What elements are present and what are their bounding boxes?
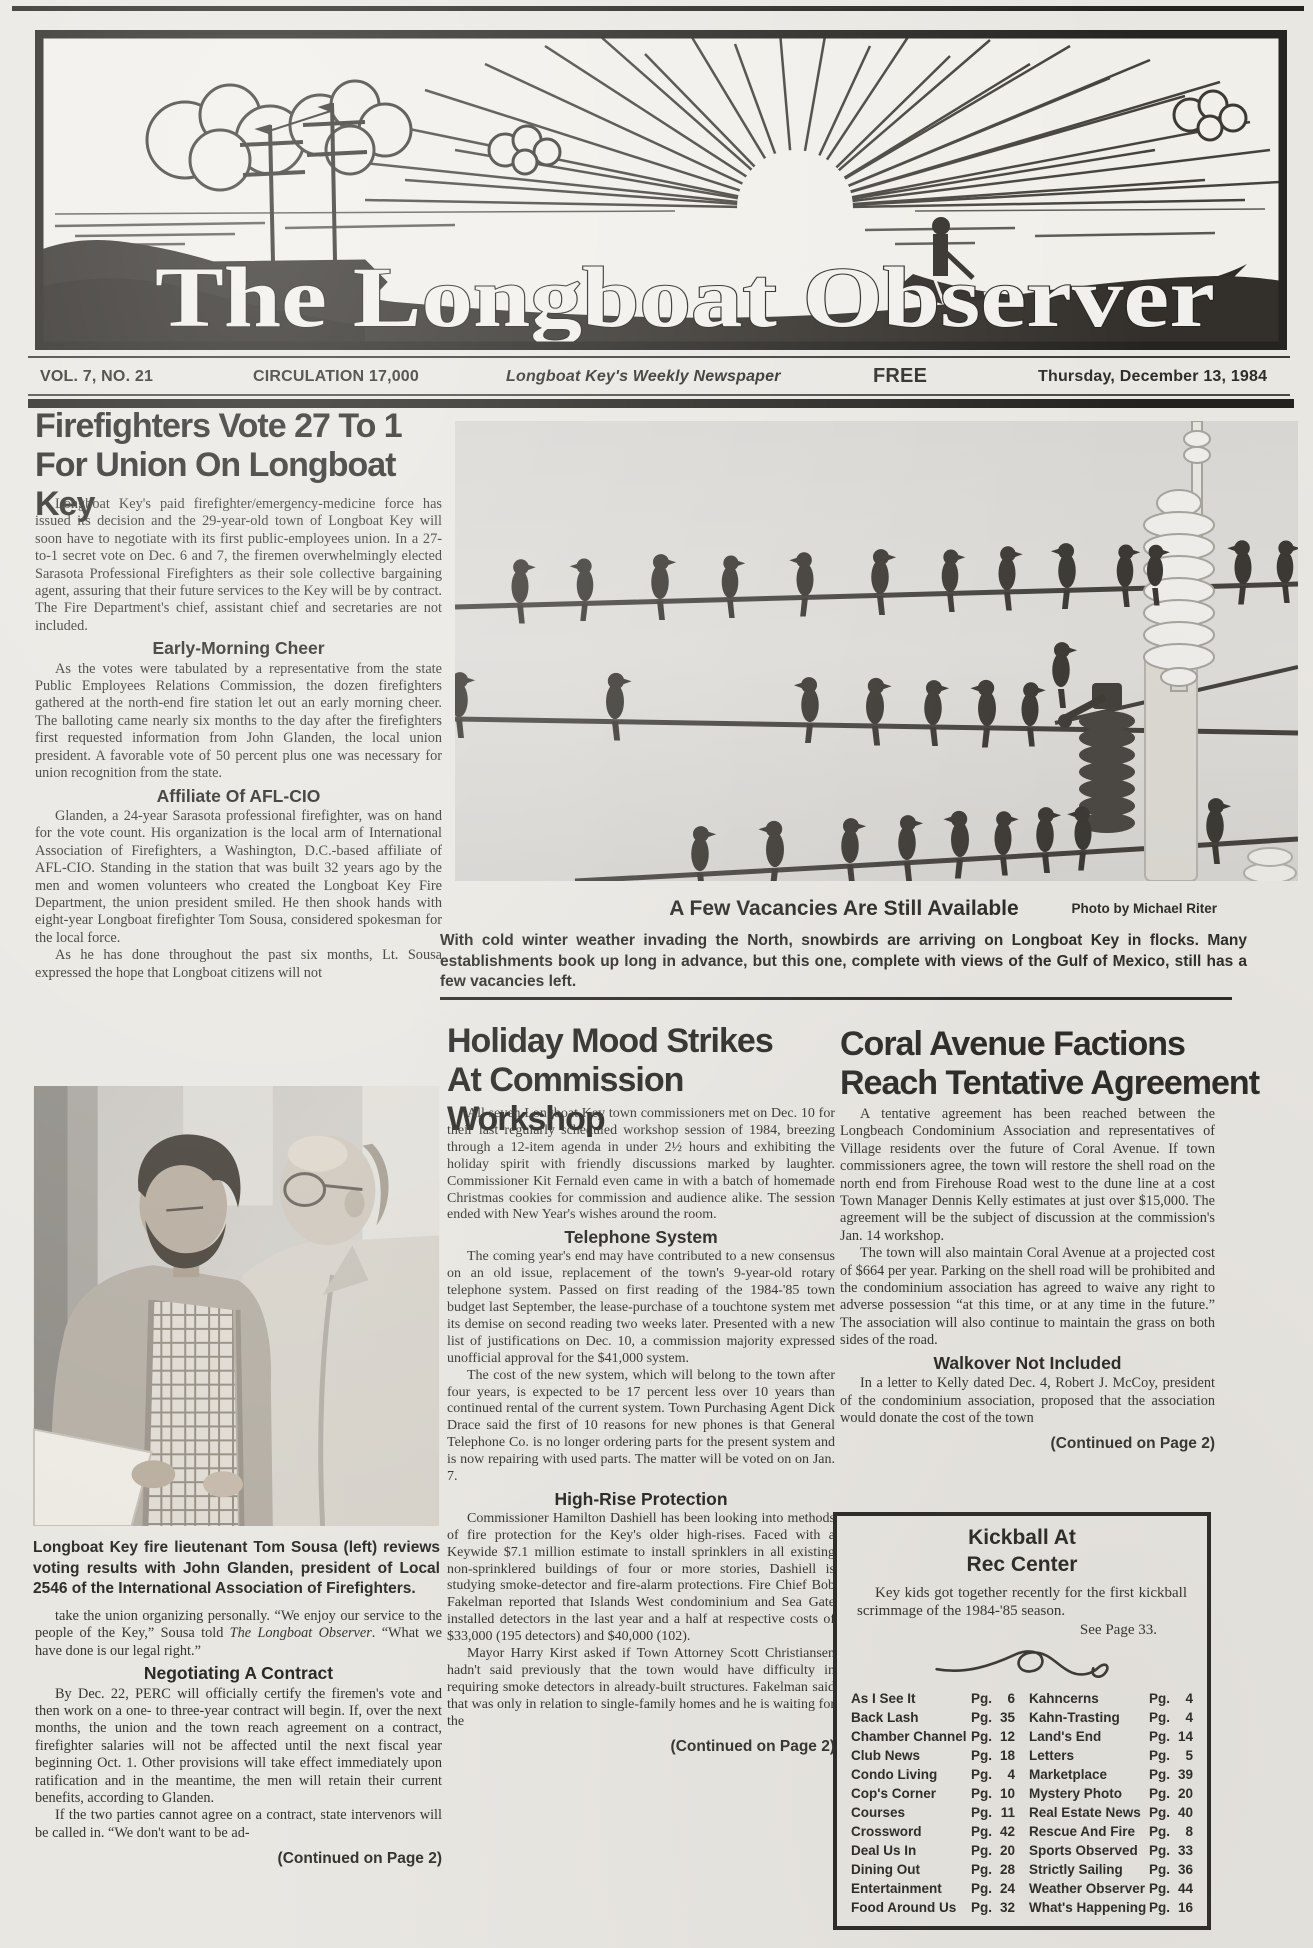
- index-label: Sports Observed: [1029, 1841, 1149, 1860]
- contents-index: As I See ItPg.6 Back LashPg.35 Chamber C…: [851, 1689, 1193, 1917]
- masthead-illustration: The Longboat Observer: [35, 30, 1287, 350]
- subhead-walkover-not-included: Walkover Not Included: [840, 1355, 1215, 1372]
- index-pg: Pg.: [1149, 1841, 1175, 1860]
- index-row: KahncernsPg.4: [1029, 1689, 1193, 1708]
- index-row: Dining OutPg.28: [851, 1860, 1015, 1879]
- kickball-title: Kickball At Rec Center: [851, 1524, 1193, 1578]
- index-pg: Pg.: [1149, 1879, 1175, 1898]
- index-pg: Pg.: [1149, 1708, 1175, 1727]
- paragraph: Glanden, a 24-year Sarasota professional…: [35, 808, 442, 947]
- index-label: Courses: [851, 1803, 971, 1822]
- kickball-body: Key kids got together recently for the f…: [851, 1584, 1193, 1620]
- kickball-index-box: Kickball At Rec Center Key kids got toge…: [833, 1512, 1211, 1930]
- index-pg: Pg.: [971, 1860, 997, 1879]
- index-pg: Pg.: [971, 1822, 997, 1841]
- index-row: As I See ItPg.6: [851, 1689, 1015, 1708]
- index-page-number: 20: [997, 1841, 1015, 1860]
- subhead-telephone-system: Telephone System: [447, 1229, 835, 1246]
- index-label: Crossword: [851, 1822, 971, 1841]
- birds-on-wires-photo: [455, 421, 1298, 881]
- index-page-number: 4: [1175, 1708, 1193, 1727]
- index-row: Kahn-TrastingPg.4: [1029, 1708, 1193, 1727]
- index-pg: Pg.: [1149, 1784, 1175, 1803]
- index-page-number: 16: [1175, 1898, 1193, 1917]
- price: FREE: [873, 365, 927, 388]
- index-pg: Pg.: [971, 1765, 997, 1784]
- index-row: Sports ObservedPg.33: [1029, 1841, 1193, 1860]
- paragraph: As the votes were tabulated by a represe…: [35, 661, 442, 783]
- index-row: Cop's CornerPg.10: [851, 1784, 1015, 1803]
- index-row: Condo LivingPg.4: [851, 1765, 1015, 1784]
- firefighters-article-bottom: take the union organizing personally. “W…: [35, 1608, 442, 1868]
- index-label: Deal Us In: [851, 1841, 971, 1860]
- index-pg: Pg.: [1149, 1765, 1175, 1784]
- kickball-title-line1: Kickball At: [851, 1524, 1193, 1551]
- paragraph: The town will also maintain Coral Avenue…: [840, 1245, 1215, 1349]
- snowbirds-photo: [455, 421, 1298, 881]
- paragraph: In a letter to Kelly dated Dec. 4, Rober…: [840, 1375, 1215, 1427]
- paragraph: A tentative agreement has been reached b…: [840, 1106, 1215, 1245]
- index-row: MarketplacePg.39: [1029, 1765, 1193, 1784]
- index-label: Cop's Corner: [851, 1784, 971, 1803]
- index-page-number: 12: [997, 1727, 1015, 1746]
- index-pg: Pg.: [971, 1708, 997, 1727]
- index-row: Deal Us InPg.20: [851, 1841, 1015, 1860]
- index-row: Real Estate NewsPg.40: [1029, 1803, 1193, 1822]
- top-rule: [12, 6, 1304, 11]
- index-page-number: 32: [997, 1898, 1015, 1917]
- paragraph: As he has done throughout the past six m…: [35, 947, 442, 982]
- index-label: Kahn-Trasting: [1029, 1708, 1149, 1727]
- index-label: Chamber Channel: [851, 1727, 971, 1746]
- index-pg: Pg.: [971, 1689, 997, 1708]
- men-reviewing-results-photo: [33, 1086, 440, 1526]
- index-page-number: 18: [997, 1746, 1015, 1765]
- paragraph: The coming year's end may have contribut…: [447, 1249, 835, 1367]
- firefighters-photo: [33, 1086, 440, 1526]
- firefighters-article-top: Longboat Key's paid firefighter/emergenc…: [35, 496, 442, 1082]
- index-label: Club News: [851, 1746, 971, 1765]
- paragraph: The cost of the new system, which will b…: [447, 1368, 835, 1486]
- continued-notice: (Continued on Page 2): [840, 1435, 1215, 1452]
- index-pg: Pg.: [971, 1879, 997, 1898]
- index-row: CoursesPg.11: [851, 1803, 1015, 1822]
- index-row: Back LashPg.35: [851, 1708, 1015, 1727]
- coral-article: A tentative agreement has been reached b…: [840, 1106, 1215, 1492]
- coral-headline: Coral Avenue Factions Reach Tentative Ag…: [840, 1025, 1260, 1103]
- index-row: Strictly SailingPg.36: [1029, 1860, 1193, 1879]
- flourish-ornament: [927, 1641, 1117, 1685]
- index-pg: Pg.: [1149, 1860, 1175, 1879]
- index-row: Chamber ChannelPg.12: [851, 1727, 1015, 1746]
- index-page-number: 39: [1175, 1765, 1193, 1784]
- continued-notice: (Continued on Page 2): [35, 1850, 442, 1867]
- index-label: Strictly Sailing: [1029, 1860, 1149, 1879]
- index-page-number: 44: [1175, 1879, 1193, 1898]
- index-label: Mystery Photo: [1029, 1784, 1149, 1803]
- holiday-article: All seven Longboat Key town commissioner…: [447, 1106, 835, 1910]
- index-page-number: 5: [1175, 1746, 1193, 1765]
- index-row: Weather ObserverPg.44: [1029, 1879, 1193, 1898]
- index-page-number: 33: [1175, 1841, 1193, 1860]
- index-pg: Pg.: [1149, 1689, 1175, 1708]
- index-label: Entertainment: [851, 1879, 971, 1898]
- index-column-left: As I See ItPg.6 Back LashPg.35 Chamber C…: [851, 1689, 1015, 1917]
- headline-line1: Holiday Mood Strikes: [447, 1022, 845, 1061]
- index-pg: Pg.: [1149, 1803, 1175, 1822]
- paragraph: All seven Longboat Key town commissioner…: [447, 1106, 835, 1224]
- index-label: Weather Observer: [1029, 1879, 1149, 1898]
- headline-line2: Reach Tentative Agreement: [840, 1064, 1260, 1103]
- index-page-number: 14: [1175, 1727, 1193, 1746]
- index-page-number: 11: [997, 1803, 1015, 1822]
- index-label: What's Happening: [1029, 1898, 1149, 1917]
- index-page-number: 8: [1175, 1822, 1193, 1841]
- volume-number: VOL. 7, NO. 21: [40, 368, 153, 386]
- index-page-number: 36: [1175, 1860, 1193, 1879]
- index-label: Back Lash: [851, 1708, 971, 1727]
- index-pg: Pg.: [1149, 1898, 1175, 1917]
- continued-notice: (Continued on Page 2): [447, 1739, 835, 1756]
- index-pg: Pg.: [1149, 1727, 1175, 1746]
- index-row: LettersPg.5: [1029, 1746, 1193, 1765]
- subhead-affiliate-afl-cio: Affiliate Of AFL-CIO: [35, 788, 442, 805]
- paragraph: If the two parties cannot agree on a con…: [35, 1807, 442, 1842]
- index-label: Marketplace: [1029, 1765, 1149, 1784]
- index-page-number: 6: [997, 1689, 1015, 1708]
- paragraph: Commissioner Hamilton Dashiell has been …: [447, 1511, 835, 1646]
- caption-rule: [440, 997, 1232, 1000]
- info-bar-rule: [28, 394, 1290, 396]
- index-row: Mystery PhotoPg.20: [1029, 1784, 1193, 1803]
- subhead-early-morning-cheer: Early-Morning Cheer: [35, 640, 442, 657]
- index-row: What's HappeningPg.16: [1029, 1898, 1193, 1917]
- index-row: Club NewsPg.18: [851, 1746, 1015, 1765]
- tagline: Longboat Key's Weekly Newspaper: [506, 368, 781, 386]
- index-pg: Pg.: [971, 1803, 997, 1822]
- photo-credit: Photo by Michael Riter: [1071, 901, 1217, 916]
- index-page-number: 4: [1175, 1689, 1193, 1708]
- index-page-number: 28: [997, 1860, 1015, 1879]
- index-row: Food Around UsPg.32: [851, 1898, 1015, 1917]
- publication-name-italic: The Longboat Observer: [230, 1625, 372, 1641]
- index-pg: Pg.: [971, 1784, 997, 1803]
- photo-caption-header: A Few Vacancies Are Still Available Phot…: [443, 897, 1245, 925]
- index-label: Kahncerns: [1029, 1689, 1149, 1708]
- paragraph: take the union organizing personally. “W…: [35, 1608, 442, 1660]
- index-pg: Pg.: [971, 1727, 997, 1746]
- index-label: Condo Living: [851, 1765, 971, 1784]
- index-pg: Pg.: [971, 1746, 997, 1765]
- kickball-see-page: See Page 33.: [851, 1622, 1193, 1639]
- index-label: Rescue And Fire: [1029, 1822, 1149, 1841]
- kickball-title-line2: Rec Center: [851, 1551, 1193, 1578]
- index-label: Letters: [1029, 1746, 1149, 1765]
- headline-line1: Firefighters Vote 27 To 1: [35, 407, 447, 446]
- paragraph: Longboat Key's paid firefighter/emergenc…: [35, 496, 442, 635]
- index-label: Land's End: [1029, 1727, 1149, 1746]
- index-pg: Pg.: [971, 1841, 997, 1860]
- index-row: CrosswordPg.42: [851, 1822, 1015, 1841]
- index-pg: Pg.: [1149, 1822, 1175, 1841]
- index-column-right: KahncernsPg.4 Kahn-TrastingPg.4 Land's E…: [1029, 1689, 1193, 1917]
- paragraph: Mayor Harry Kirst asked if Town Attorney…: [447, 1646, 835, 1731]
- paragraph: By Dec. 22, PERC will officially certify…: [35, 1686, 442, 1808]
- info-bar: VOL. 7, NO. 21 CIRCULATION 17,000 Longbo…: [28, 356, 1290, 398]
- index-row: EntertainmentPg.24: [851, 1879, 1015, 1898]
- headline-line1: Coral Avenue Factions: [840, 1025, 1260, 1064]
- index-pg: Pg.: [971, 1898, 997, 1917]
- index-page-number: 24: [997, 1879, 1015, 1898]
- index-page-number: 42: [997, 1822, 1015, 1841]
- index-label: As I See It: [851, 1689, 971, 1708]
- index-label: Dining Out: [851, 1860, 971, 1879]
- index-row: Rescue And FirePg.8: [1029, 1822, 1193, 1841]
- firefighters-photo-caption: Longboat Key fire lieutenant Tom Sousa (…: [33, 1538, 440, 1600]
- index-page-number: 40: [1175, 1803, 1193, 1822]
- subhead-high-rise-protection: High-Rise Protection: [447, 1491, 835, 1508]
- newspaper-front-page: The Longboat Observer VOL. 7, NO. 21 CIR…: [0, 0, 1313, 1948]
- index-page-number: 20: [1175, 1784, 1193, 1803]
- circulation: CIRCULATION 17,000: [253, 368, 419, 386]
- index-pg: Pg.: [1149, 1746, 1175, 1765]
- paragraph: Key kids got together recently for the f…: [857, 1584, 1187, 1620]
- masthead-title: The Longboat Observer: [155, 249, 1215, 345]
- photo-caption-body: With cold winter weather invading the No…: [440, 931, 1247, 993]
- index-page-number: 4: [997, 1765, 1015, 1784]
- masthead: The Longboat Observer: [35, 30, 1287, 350]
- index-row: Land's EndPg.14: [1029, 1727, 1193, 1746]
- subhead-negotiating-a-contract: Negotiating A Contract: [35, 1665, 442, 1682]
- index-label: Real Estate News: [1029, 1803, 1149, 1822]
- index-page-number: 10: [997, 1784, 1015, 1803]
- index-page-number: 35: [997, 1708, 1015, 1727]
- issue-date: Thursday, December 13, 1984: [1038, 368, 1267, 386]
- index-label: Food Around Us: [851, 1898, 971, 1917]
